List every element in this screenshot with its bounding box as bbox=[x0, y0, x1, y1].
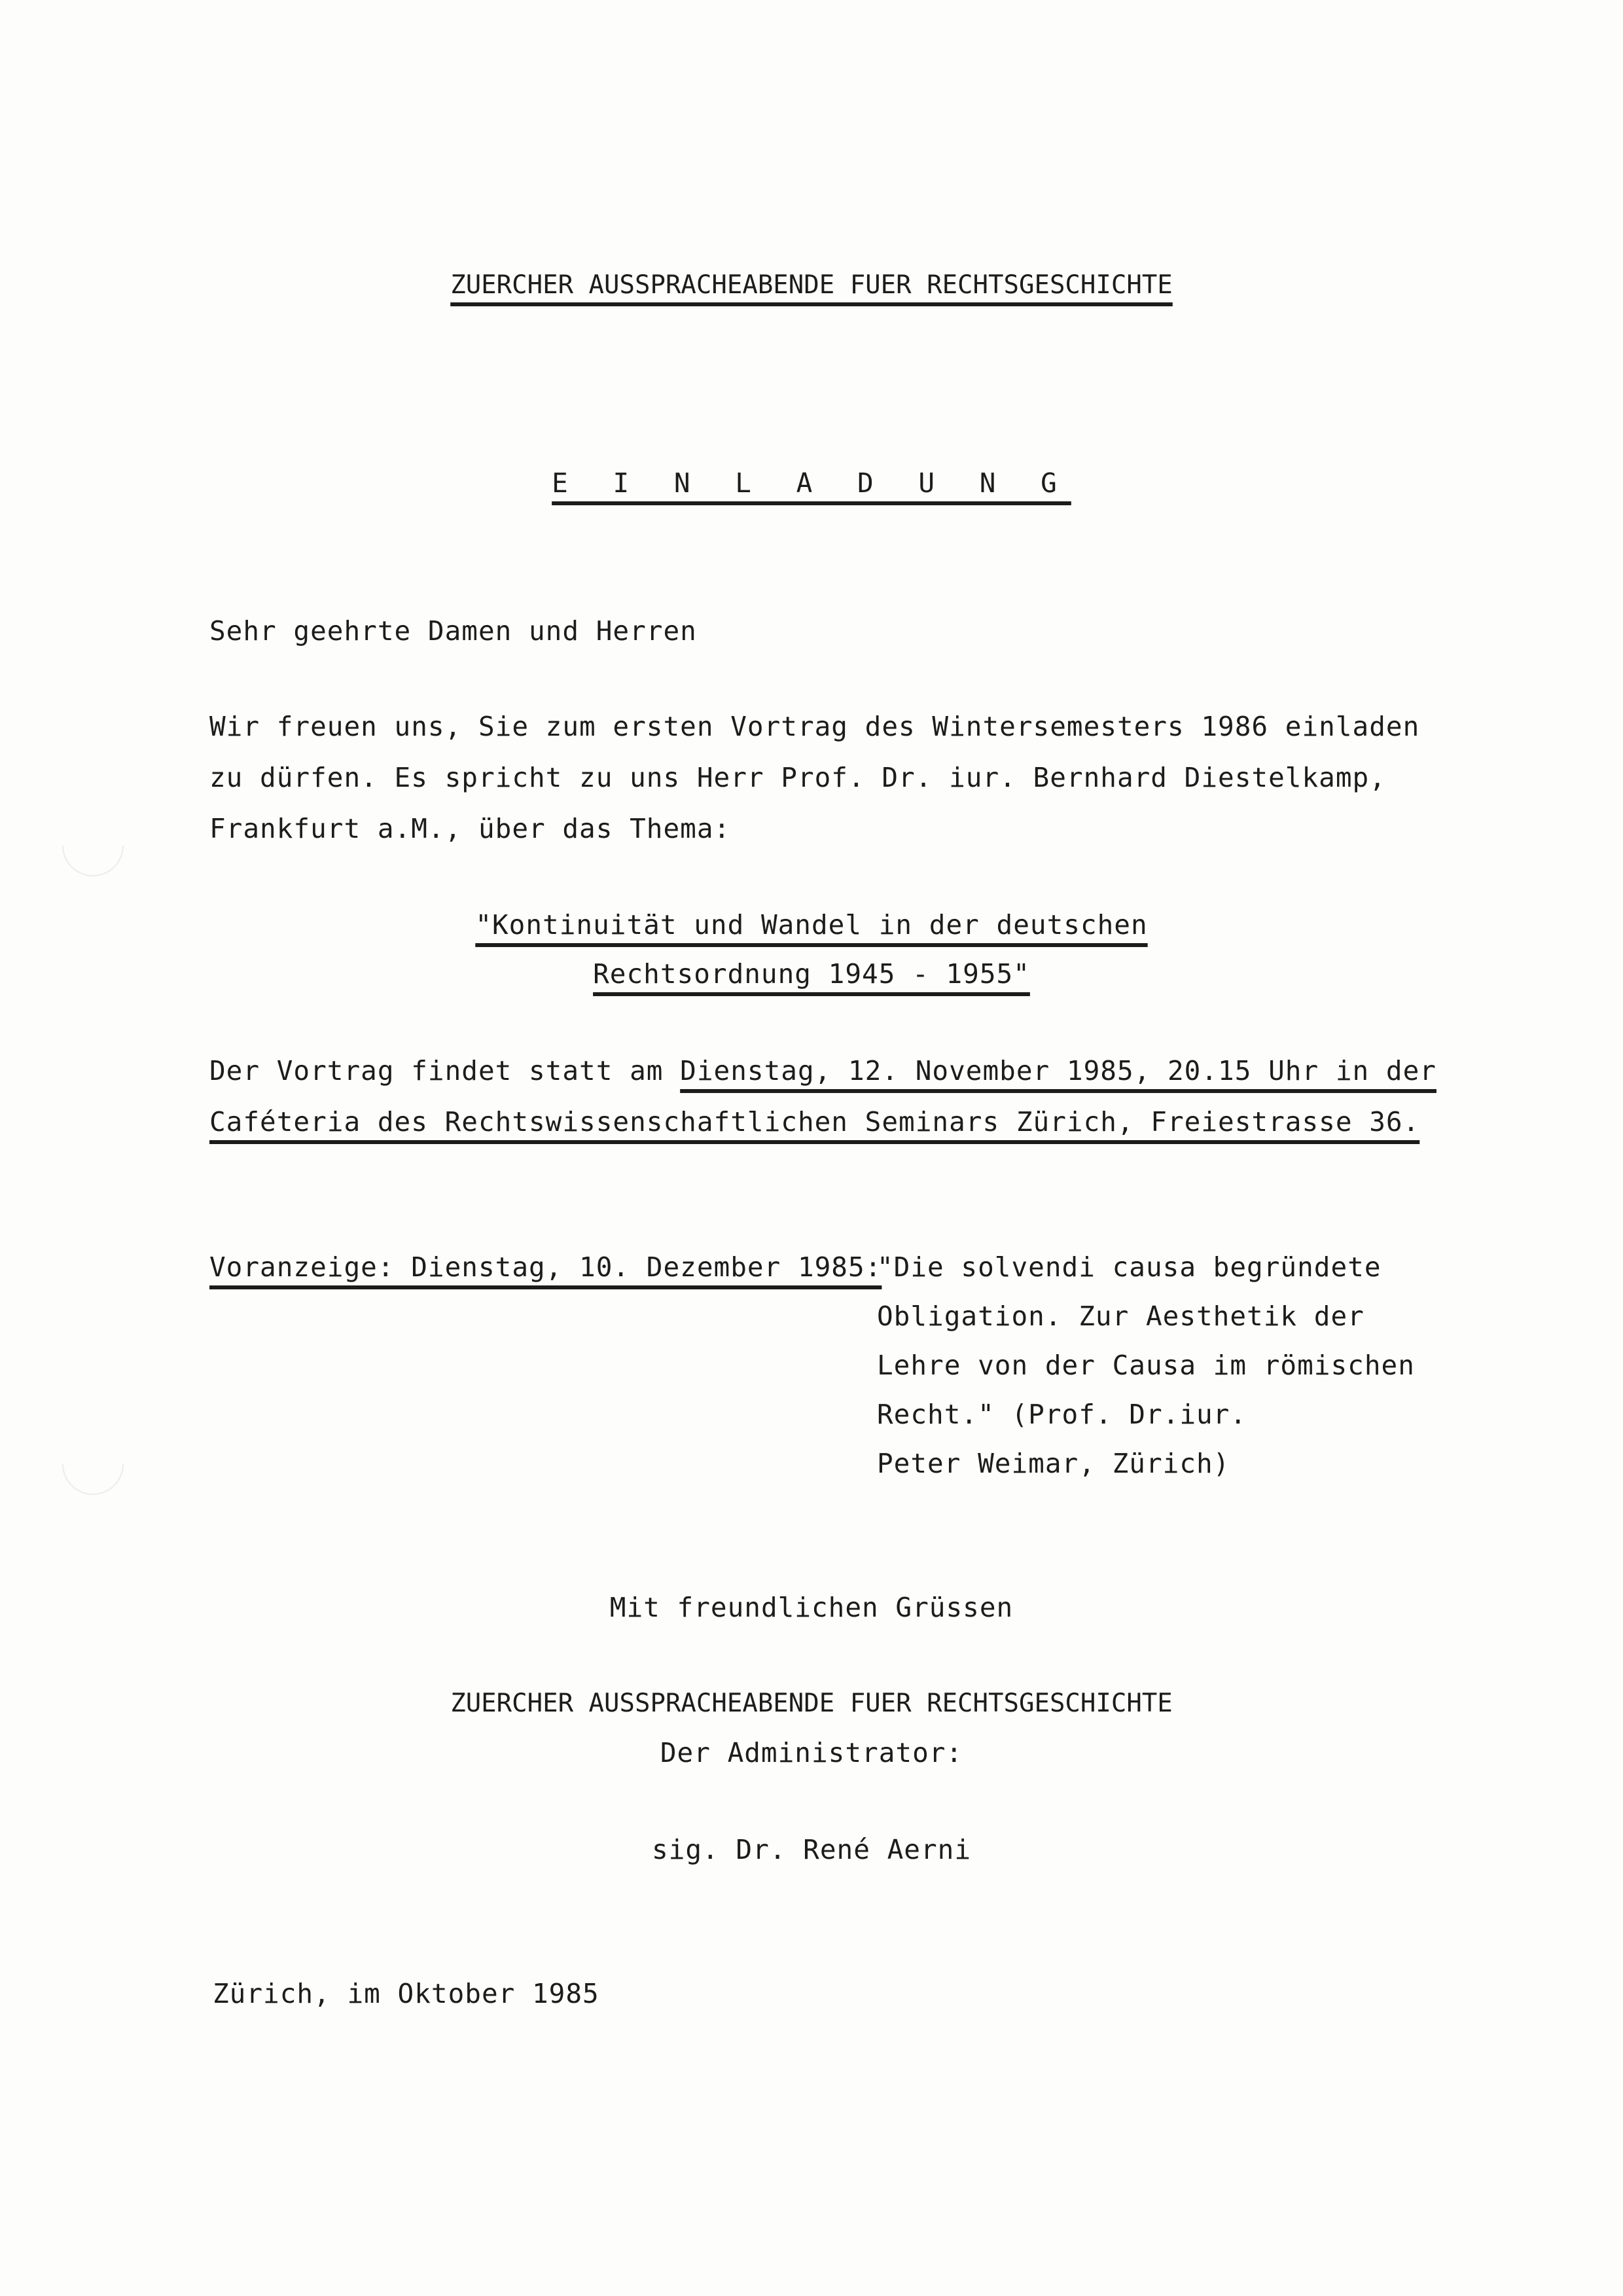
closing-role: Der Administrator: bbox=[0, 1736, 1623, 1770]
letterhead-organization: ZUERCHER AUSSPRACHEABENDE FUER RECHTSGES… bbox=[0, 268, 1623, 302]
place-date: Zürich, im Oktober 1985 bbox=[213, 1977, 599, 2011]
venue-location: Caféteria des Rechtswissenschaftlichen S… bbox=[209, 1105, 1419, 1139]
closing-organization: ZUERCHER AUSSPRACHEABENDE FUER RECHTSGES… bbox=[0, 1687, 1623, 1721]
punch-hole-mark-upper bbox=[50, 802, 137, 889]
lecture-title-line-1: "Kontinuität und Wandel in der deutschen bbox=[0, 908, 1623, 942]
intro-line-2: zu dürfen. Es spricht zu uns Herr Prof. … bbox=[209, 761, 1386, 795]
venue-prefix: Der Vortrag findet statt am bbox=[209, 1055, 680, 1086]
intro-line-3: Frankfurt a.M., über das Thema: bbox=[209, 812, 730, 846]
preview-line-3: Lehre von der Causa im römischen bbox=[877, 1348, 1415, 1382]
closing-signature: sig. Dr. René Aerni bbox=[0, 1833, 1623, 1867]
preview-line-1: "Die solvendi causa begründete bbox=[877, 1250, 1382, 1284]
lecture-title-line-2: Rechtsordnung 1945 - 1955" bbox=[0, 957, 1623, 991]
intro-line-1: Wir freuen uns, Sie zum ersten Vortrag d… bbox=[209, 709, 1419, 744]
preview-label: Voranzeige: Dienstag, 10. Dezember 1985: bbox=[209, 1250, 882, 1284]
preview-line-4: Recht." (Prof. Dr.iur. bbox=[877, 1397, 1247, 1431]
document-title: E I N L A D U N G bbox=[0, 466, 1623, 500]
closing-greeting: Mit freundlichen Grüssen bbox=[0, 1590, 1623, 1624]
preview-line-2: Obligation. Zur Aesthetik der bbox=[877, 1299, 1364, 1333]
venue-line-1: Der Vortrag findet statt am Dienstag, 12… bbox=[209, 1054, 1436, 1088]
venue-date-time: Dienstag, 12. November 1985, 20.15 Uhr i… bbox=[680, 1055, 1436, 1086]
salutation: Sehr geehrte Damen und Herren bbox=[209, 614, 697, 648]
preview-line-5: Peter Weimar, Zürich) bbox=[877, 1446, 1230, 1480]
punch-hole-mark-lower bbox=[50, 1421, 137, 1508]
